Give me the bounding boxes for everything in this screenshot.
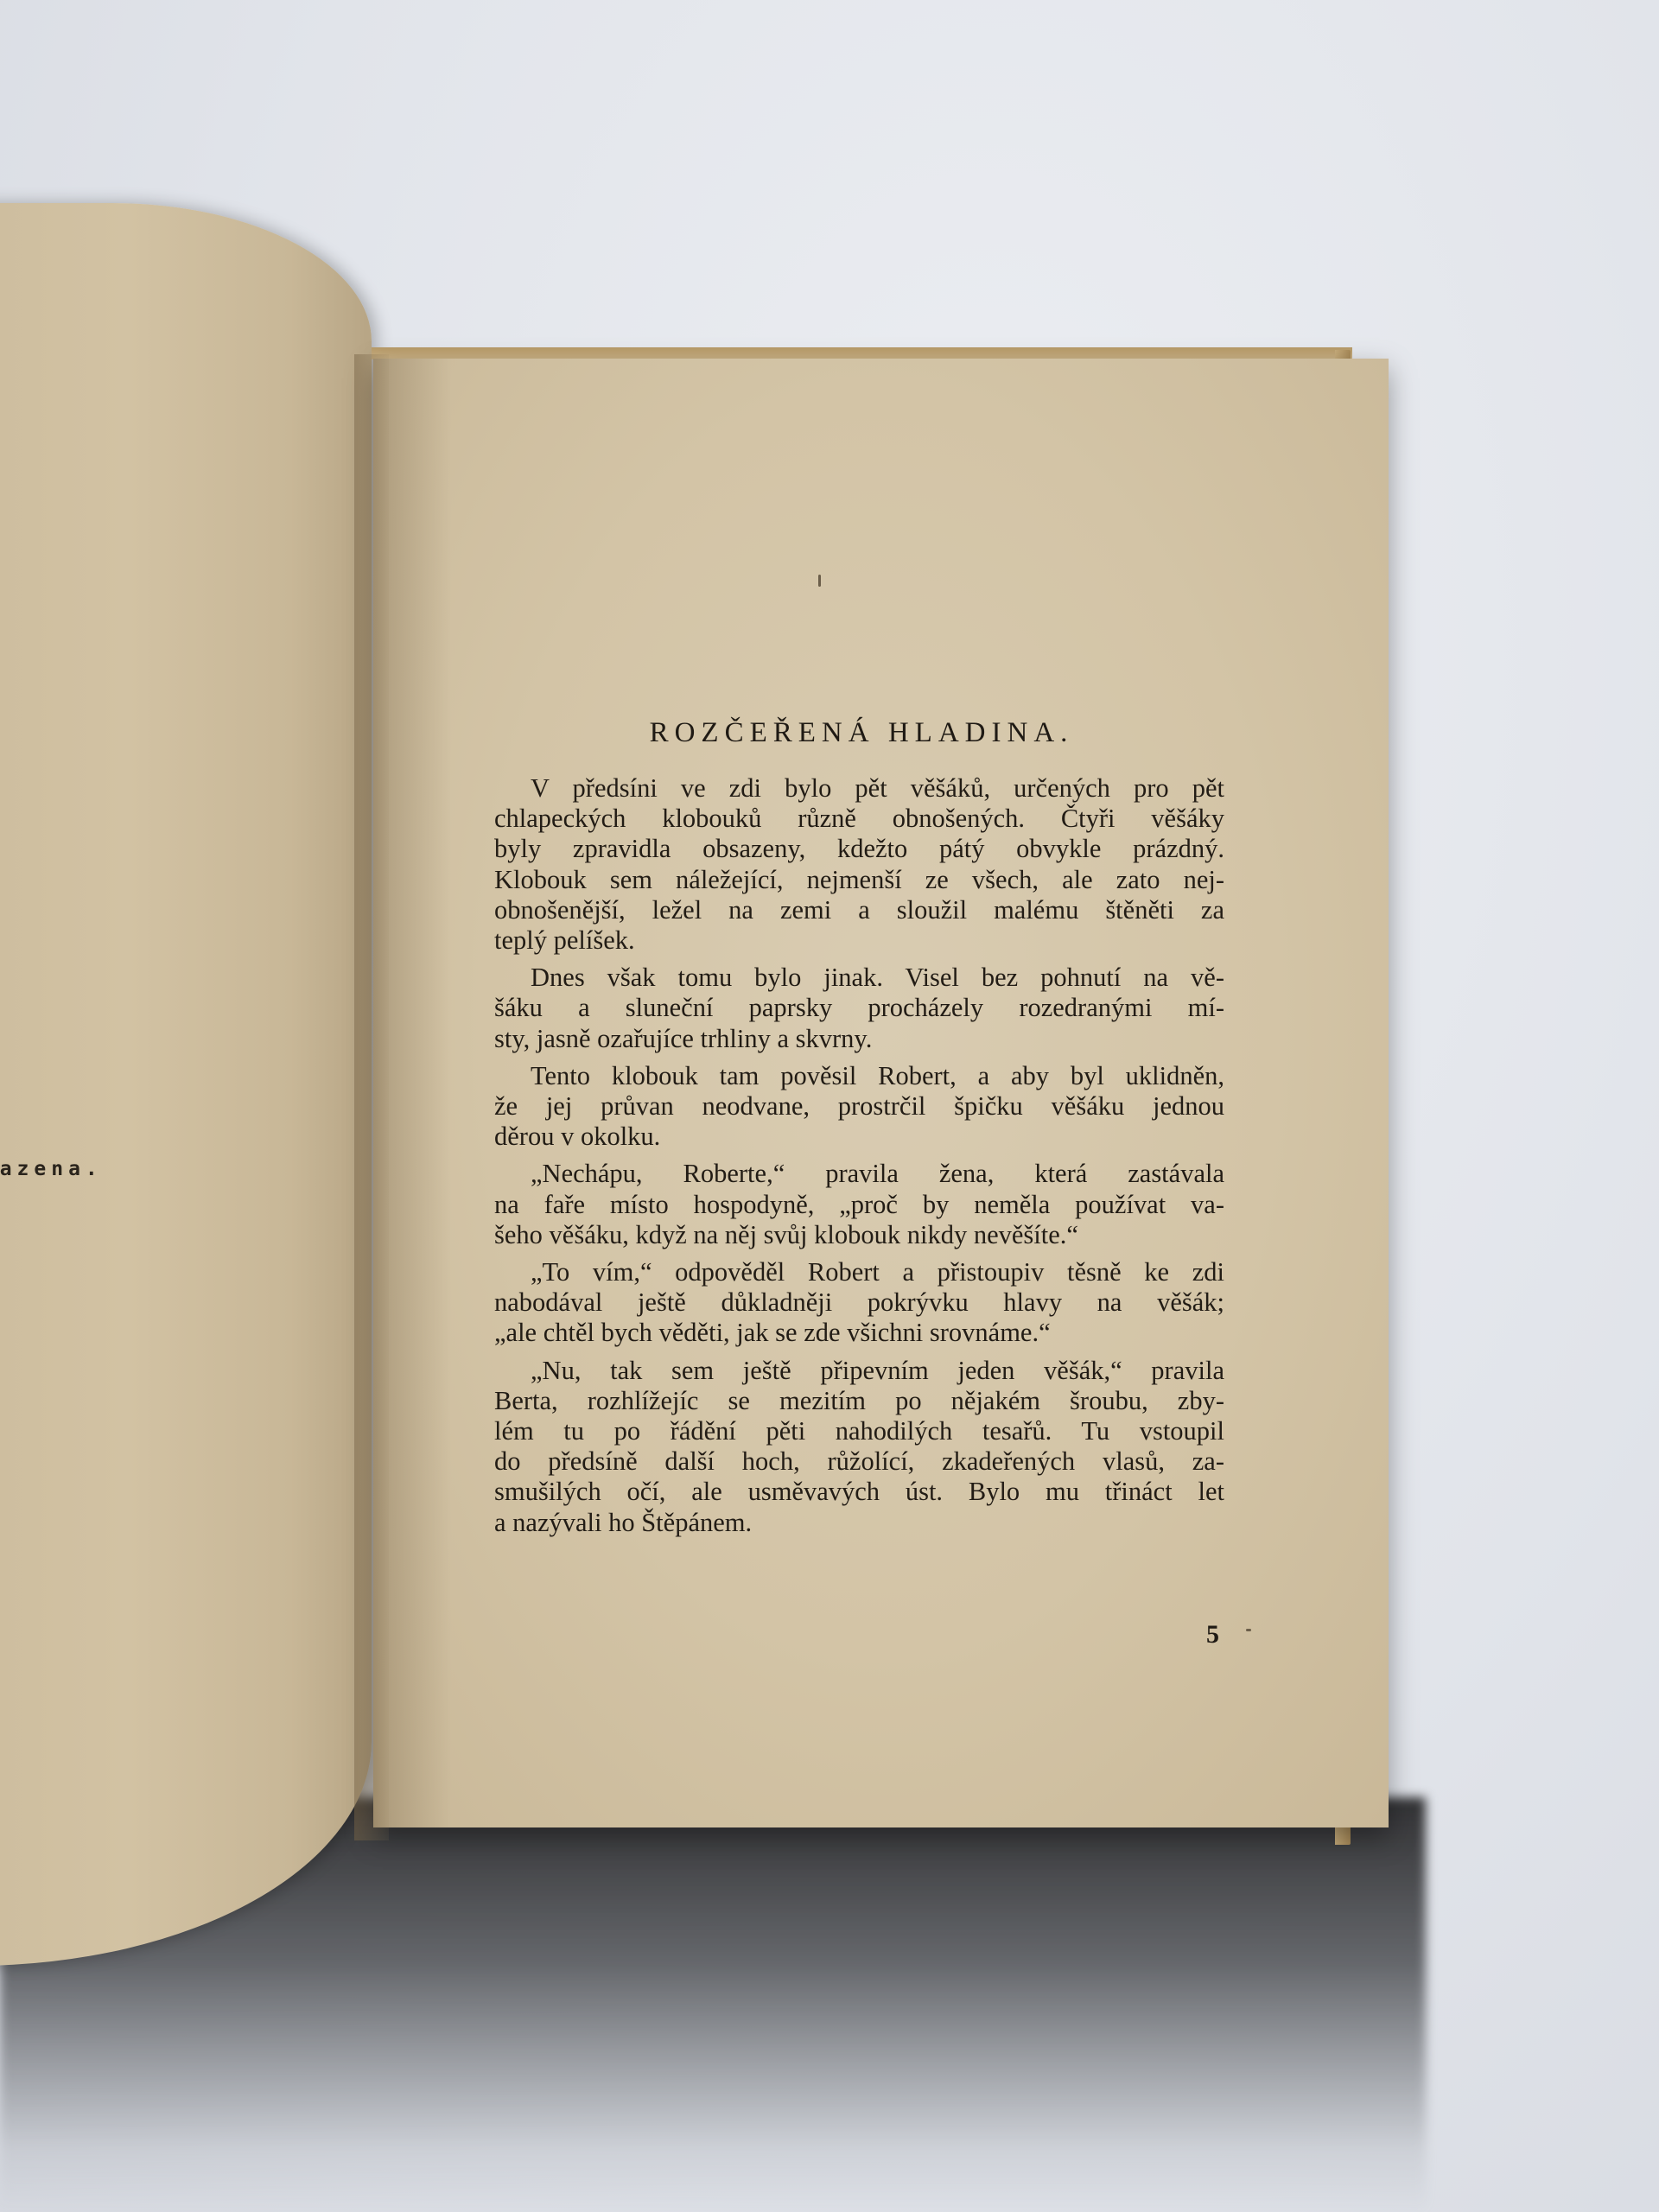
photo-scene: hrazena. ROZČEŘENÁ HLADINA. V předsíni v… — [0, 0, 1659, 2212]
text-line: Berta, rozhlížejíc se mezitím po nějakém… — [494, 1386, 1224, 1416]
text-line: chlapeckých klobouků různě obnošených. Č… — [494, 804, 1224, 834]
text-line: byly zpravidla obsazeny, kdežto pátý obv… — [494, 834, 1224, 864]
text-line: sty, jasně ozařujíce trhliny a skvrny. — [494, 1024, 1224, 1054]
right-page: ROZČEŘENÁ HLADINA. V předsíni ve zdi byl… — [373, 359, 1389, 1827]
text-line: smušilých očí, ale usměvavých úst. Bylo … — [494, 1477, 1224, 1507]
left-page: hrazena. — [0, 203, 372, 1966]
paragraph: „Nu, tak sem ještě připevním jeden věšák… — [494, 1356, 1224, 1538]
page-number: 5 — [1206, 1620, 1219, 1649]
paper-speck — [1246, 1629, 1251, 1631]
paragraph: V předsíni ve zdi bylo pět věšáků, určen… — [494, 773, 1224, 956]
text-line: lém tu po řádění pěti nahodilých tesařů.… — [494, 1416, 1224, 1446]
text-line: na faře místo hospodyně, „proč by neměla… — [494, 1190, 1224, 1220]
text-line: nabodával ještě důkladněji pokrývku hlav… — [494, 1287, 1224, 1318]
left-page-text: hrazena. — [0, 1158, 103, 1180]
text-line: „Nu, tak sem ještě připevním jeden věšák… — [494, 1356, 1224, 1386]
text-line: Dnes však tomu bylo jinak. Visel bez poh… — [494, 963, 1224, 993]
chapter-title: ROZČEŘENÁ HLADINA. — [602, 717, 1121, 749]
text-line: „To vím,“ odpověděl Robert a přistoupiv … — [494, 1257, 1224, 1287]
paragraph: Tento klobouk tam pověsil Robert, a aby … — [494, 1061, 1224, 1153]
text-line: šáku a sluneční paprsky procházely rozed… — [494, 993, 1224, 1023]
body-text: V předsíni ve zdi bylo pět věšáků, určen… — [494, 773, 1224, 1545]
page-stack-top-edge — [372, 347, 1352, 359]
text-line: a nazývali ho Štěpánem. — [494, 1508, 1224, 1538]
text-line: „Nechápu, Roberte,“ pravila žena, která … — [494, 1159, 1224, 1189]
text-line: Tento klobouk tam pověsil Robert, a aby … — [494, 1061, 1224, 1091]
text-line: Klobouk sem náležející, nejmenší ze všec… — [494, 865, 1224, 895]
text-line: „ale chtěl bych věděti, jak se zde všich… — [494, 1318, 1224, 1348]
paragraph: „Nechápu, Roberte,“ pravila žena, která … — [494, 1159, 1224, 1250]
paper-speck — [818, 575, 821, 587]
paragraph: Dnes však tomu bylo jinak. Visel bez poh… — [494, 963, 1224, 1054]
book-gutter — [354, 354, 389, 1840]
text-line: do předsíně další hoch, růžolící, zkadeř… — [494, 1446, 1224, 1477]
text-line: obnošenější, ležel na zemi a sloužil mal… — [494, 895, 1224, 925]
paragraph: „To vím,“ odpověděl Robert a přistoupiv … — [494, 1257, 1224, 1349]
text-line: V předsíni ve zdi bylo pět věšáků, určen… — [494, 773, 1224, 804]
text-line: teplý pelíšek. — [494, 925, 1224, 956]
text-line: šeho věšáku, když na něj svůj klobouk ni… — [494, 1220, 1224, 1250]
text-line: že jej průvan neodvane, prostrčil špičku… — [494, 1091, 1224, 1122]
text-line: děrou v okolku. — [494, 1122, 1224, 1152]
